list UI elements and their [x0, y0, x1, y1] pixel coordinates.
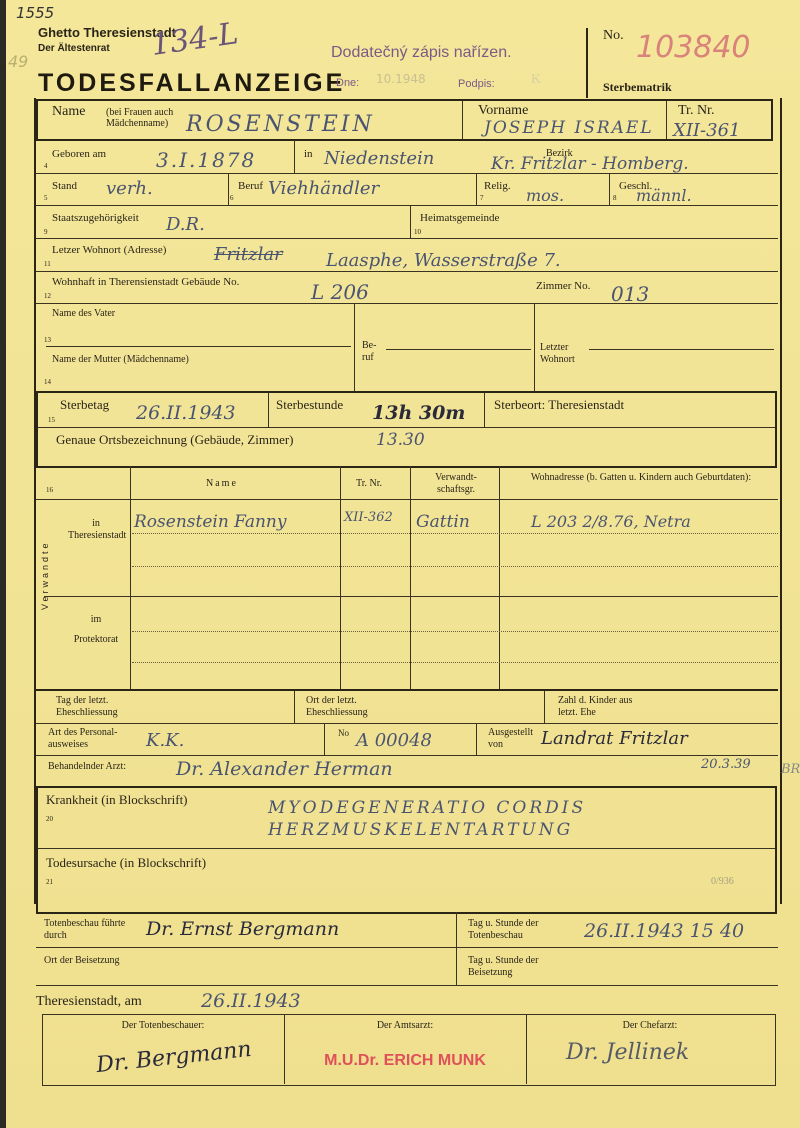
relig-label: Relig. — [484, 180, 511, 192]
handwritten-number: 134-L — [149, 16, 240, 63]
relative-verwandt: Gattin — [416, 512, 470, 532]
ausweis-no-value: A 00048 — [356, 730, 432, 751]
geschl-value: männl. — [636, 186, 692, 205]
mutter-label: Name der Mutter (Mädchenname) — [52, 354, 192, 366]
heimat-label: Heimatsgemeinde — [420, 212, 499, 224]
vorname-value: JOSEPH ISRAEL — [484, 118, 654, 138]
tag-eheschliessung-label: Tag der letzt. Eheschliessung — [56, 695, 146, 719]
in-label: in — [304, 148, 313, 160]
relative-name: Rosenstein Fanny — [134, 512, 286, 532]
staat-value: D.R. — [166, 214, 205, 235]
margin-ref: 0/936 — [711, 876, 734, 887]
stamp-sign-value: K — [531, 72, 541, 88]
verwandte-side-label: Verwandte — [40, 540, 50, 610]
totenbeschauer-label: Der Totenbeschauer: — [42, 1020, 284, 1032]
zimmer-label: Zimmer No. — [536, 280, 590, 292]
vorname-label: Vorname — [478, 103, 528, 119]
beschau-tag-label: Tag u. Stunde der Totenbeschau — [468, 918, 568, 942]
geboren-value: 3.I.1878 — [156, 148, 256, 172]
wohnort-value: Laasphe, Wasserstraße 7. — [326, 250, 561, 271]
letzter-wohnort-label: Letzter Wohnort — [540, 342, 588, 366]
wohnhaft-value: L 206 — [311, 280, 369, 304]
wohnort-struck: Fritzlar — [214, 244, 283, 265]
beschau-tag-value: 26.II.1943 15 40 — [584, 920, 744, 942]
margin-note: 49 — [8, 52, 28, 71]
zimmer-value: 013 — [611, 282, 649, 306]
wohnhaft-label: Wohnhaft in Therensienstadt Gebäude No. — [52, 276, 239, 288]
stand-label: Stand — [52, 180, 77, 192]
stamp-date-label: Dne: — [336, 77, 359, 89]
name-sublabel: (bei Frauen auch Mädchenname) — [106, 107, 176, 129]
ausgestellt-value: Landrat Fritzlar — [541, 728, 688, 749]
ausgestellt-label: Ausgestellt von — [488, 727, 538, 751]
no-label: No. — [603, 28, 624, 44]
arzt-value: Dr. Alexander Herman — [176, 758, 393, 780]
bezirk-value: Kr. Fritzlar - Homberg. — [491, 154, 689, 174]
sterbestunde-label: Sterbestunde — [276, 397, 343, 413]
place-date: 26.II.1943 — [201, 990, 301, 1012]
ort-eheschliessung-label: Ort der letzt. Eheschliessung — [306, 695, 396, 719]
beisetzung-ort-label: Ort der Beisetzung — [44, 955, 124, 967]
col-name-header: Name — [206, 478, 238, 489]
sterbematrik-label: Sterbematrik — [603, 80, 672, 95]
beschau-durch-value: Dr. Ernst Bergmann — [146, 918, 339, 940]
arzt-label: Behandelnder Arzt: — [48, 761, 126, 773]
in-value: Niedenstein — [324, 148, 434, 169]
ortsbezeichnung-value: 13.30 — [376, 430, 425, 450]
amtsarzt-stamp: M.U.Dr. ERICH MUNK — [284, 1052, 526, 1070]
chefarzt-signature: Dr. Jellinek — [566, 1040, 689, 1065]
ausweis-art-value: K.K. — [146, 730, 184, 751]
beruf-value: Viehhändler — [268, 178, 379, 199]
stamp-sign-label: Podpis: — [458, 78, 495, 90]
zahl-kinder-label: Zahl d. Kinder aus letzt. Ehe — [558, 695, 648, 719]
group-protektorat: im Protektorat — [68, 610, 124, 650]
sterbetag-value: 26.II.1943 — [136, 402, 236, 424]
ausweis-no-label: No — [338, 727, 349, 739]
ausweis-date: 20.3.39 — [701, 757, 751, 772]
sterbetag-label: Sterbetag — [60, 397, 109, 413]
no-value: 103840 — [636, 30, 751, 65]
stamp-date-value: 10.1948 — [376, 72, 426, 86]
beruf-parent-label: Be-ruf — [362, 340, 384, 364]
col-adresse-header: Wohnadresse (b. Gatten u. Kindern auch G… — [526, 472, 756, 484]
sterbestunde-value: 13h 30m — [372, 402, 465, 424]
beschau-durch-label: Totenbeschau führte durch — [44, 918, 134, 942]
name-value: ROSENSTEIN — [186, 112, 375, 137]
form-title: TODESFALLANZEIGE — [38, 69, 345, 98]
stamp-dodatecny: Dodatečný zápis nařízen. — [331, 44, 512, 62]
side-note: BR — [781, 762, 800, 777]
trnr-value: XII-361 — [673, 120, 740, 141]
relig-value: mos. — [526, 186, 564, 205]
death-notice-form: 1555 49 Ghetto Theresienstadt Der Ältest… — [6, 0, 800, 1128]
col-verwandt-header: Verwandt-schaftsgr. — [426, 472, 486, 496]
place-label: Theresienstadt, am — [36, 994, 142, 1010]
geboren-label: Geboren am — [52, 148, 106, 160]
sterbeort-label: Sterbeort: Theresienstadt — [494, 397, 624, 413]
todesursache-label: Todesursache (in Blockschrift) — [46, 855, 206, 871]
ausweis-art-label: Art des Personal-ausweises — [48, 727, 143, 751]
beruf-label: Beruf — [238, 180, 263, 192]
org-line2: Der Ältestenrat — [38, 43, 110, 54]
relative-adresse: L 203 2/8.76, Netra — [531, 512, 691, 531]
name-label: Name — [52, 104, 85, 120]
trnr-label: Tr. Nr. — [678, 103, 714, 119]
wohnort-label: Letzer Wohnort (Adresse) — [52, 244, 166, 256]
krankheit-line1: MYODEGENERATIO CORDIS — [268, 798, 586, 818]
amtsarzt-label: Der Amtsarzt: — [284, 1020, 526, 1032]
krankheit-line2: HERZMUSKELENTARTUNG — [268, 820, 573, 840]
stand-value: verh. — [106, 178, 153, 199]
group-theresienstadt: in Theresienstadt — [68, 518, 124, 542]
col-trnr-header: Tr. Nr. — [356, 478, 382, 489]
staat-label: Staatszugehörigkeit — [52, 212, 139, 224]
form-frame — [34, 98, 782, 904]
krankheit-label: Krankheit (in Blockschrift) — [46, 792, 188, 808]
beisetzung-tag-label: Tag u. Stunde der Beisetzung — [468, 955, 568, 979]
ortsbezeichnung-label: Genaue Ortsbezeichnung (Gebäude, Zimmer) — [56, 432, 294, 448]
relative-trnr: XII-362 — [344, 510, 404, 525]
chefarzt-label: Der Chefarzt: — [526, 1020, 774, 1032]
corner-note: 1555 — [16, 4, 54, 22]
vater-label: Name des Vater — [52, 308, 132, 320]
row-16-num: 16 — [46, 486, 53, 494]
